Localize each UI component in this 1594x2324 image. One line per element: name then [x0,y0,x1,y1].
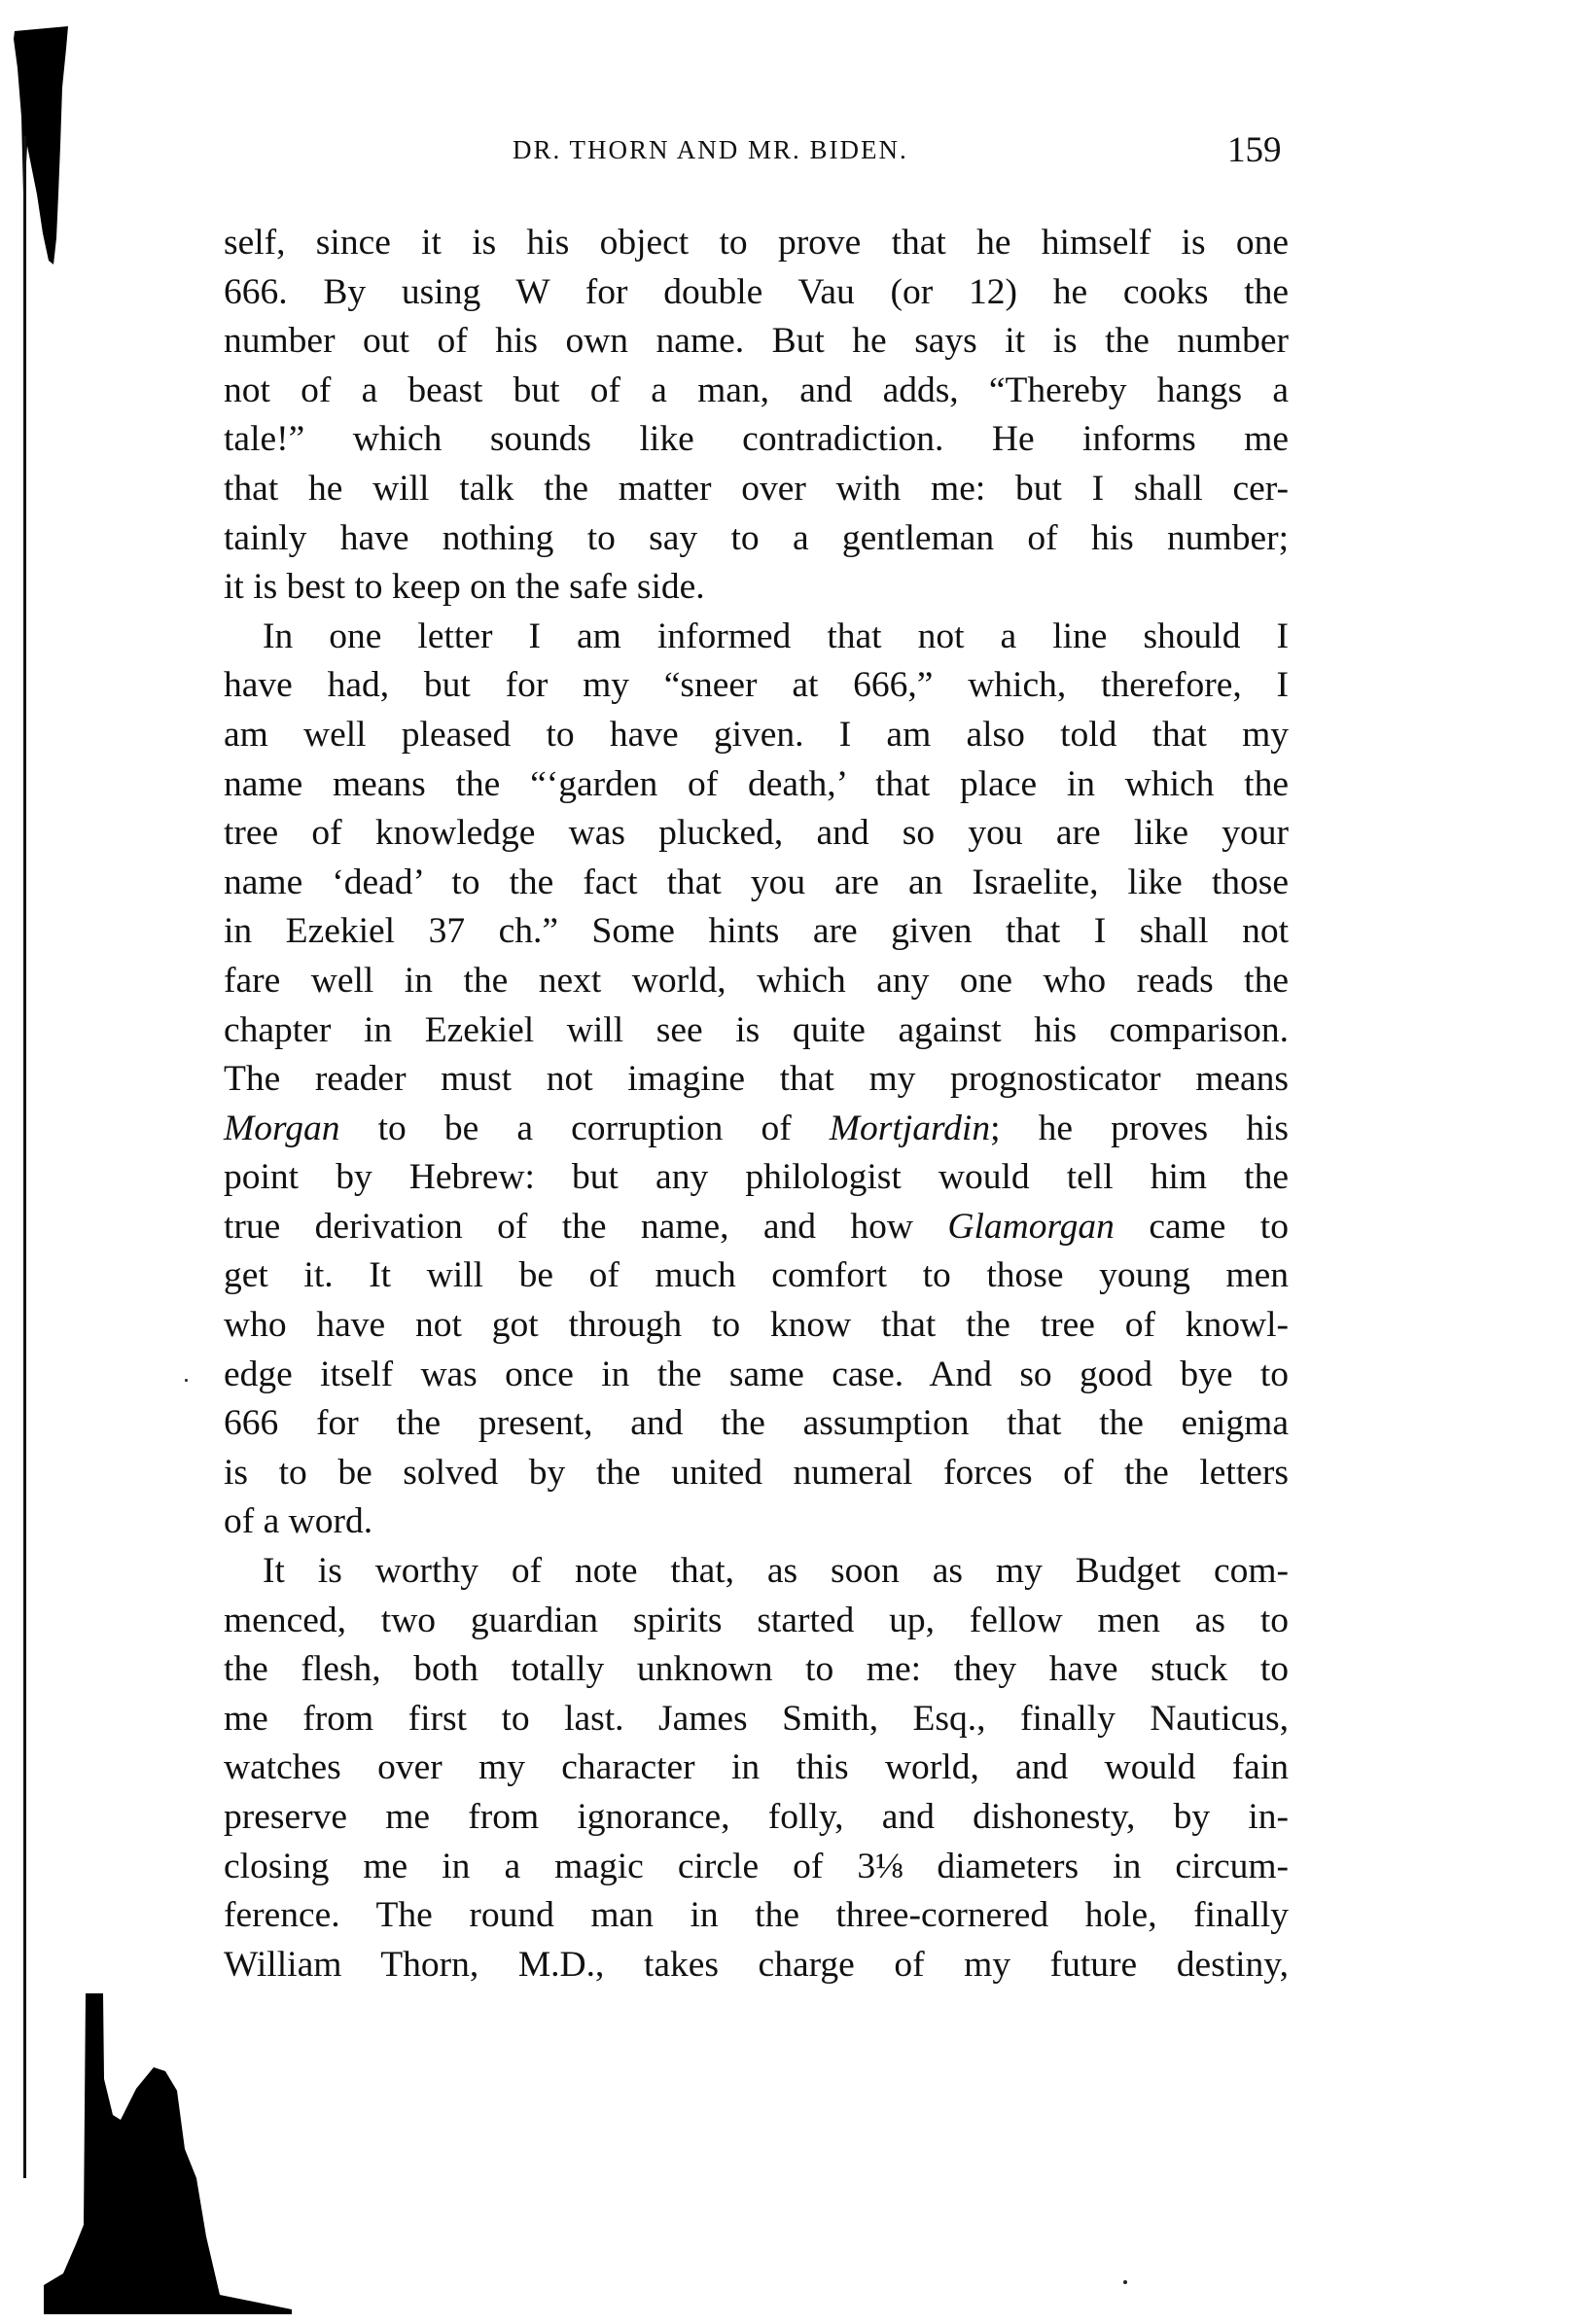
text-line: chapter in Ezekiel will see is quite aga… [224,1006,1289,1056]
text-line: 666 for the present, and the assumption … [224,1399,1289,1449]
text-line: William Thorn, M.D., takes charge of my … [224,1941,1289,1990]
paragraph-3: It is worthy of note that, as soon as my… [224,1547,1289,1989]
text-line-with-italics: Morgan to be a corruption of Mortjardin;… [224,1105,1289,1154]
italic-word: Mortjardin [830,1109,990,1148]
gutter-line [23,136,26,2178]
text-line: is to be solved by the united numeral fo… [224,1449,1289,1498]
text-line: me from first to last. James Smith, Esq.… [224,1695,1289,1744]
running-title: DR. THORN AND MR. BIDEN. [513,135,908,165]
scan-artifact-bottom [0,1984,311,2324]
text-line: ference. The round man in the three-corn… [224,1891,1289,1941]
text-line: It is worthy of note that, as soon as my… [224,1547,1289,1597]
text-line: tainly have nothing to say to a gentlema… [224,514,1289,564]
text-line: in Ezekiel 37 ch.” Some hints are given … [224,907,1289,957]
italic-word: Morgan [224,1109,339,1148]
text-line: watches over my character in this world,… [224,1743,1289,1793]
italic-word: Glamorgan [947,1207,1115,1247]
text-line: edge itself was once in the same case. A… [224,1351,1289,1400]
text-line: tale!” which sounds like contradiction. … [224,415,1289,465]
text-line: self, since it is his object to prove th… [224,219,1289,268]
text-line: the flesh, both totally unknown to me: t… [224,1645,1289,1695]
text-line: that he will talk the matter over with m… [224,465,1289,514]
text-line: In one letter I am informed that not a l… [224,613,1289,662]
text-line: not of a beast but of a man, and adds, “… [224,367,1289,416]
text-line: preserve me from ignorance, folly, and d… [224,1793,1289,1843]
stray-mark [185,1379,188,1382]
text-line: of a word. [224,1497,1289,1547]
text-line: number out of his own name. But he says … [224,317,1289,367]
text-line: closing me in a magic circle of 3⅛ diame… [224,1843,1289,1892]
running-head: DR. THORN AND MR. BIDEN. 159 [0,129,1594,168]
page-body: self, since it is his object to prove th… [224,219,1289,1989]
paragraph-1: self, since it is his object to prove th… [224,219,1289,613]
paragraph-2: In one letter I am informed that not a l… [224,613,1289,1547]
text-line: am well pleased to have given. I am also… [224,711,1289,760]
text-line: point by Hebrew: but any philologist wou… [224,1153,1289,1203]
text-line: get it. It will be of much comfort to th… [224,1251,1289,1301]
text-line-with-italics: true derivation of the name, and how Gla… [224,1203,1289,1252]
page-number: 159 [1227,129,1282,171]
text-line: name ‘dead’ to the fact that you are an … [224,859,1289,908]
text-line: 666. By using W for double Vau (or 12) h… [224,268,1289,318]
text-line: tree of knowledge was plucked, and so yo… [224,809,1289,859]
text-line: fare well in the next world, which any o… [224,957,1289,1006]
text-line: it is best to keep on the safe side. [224,563,1289,613]
text-line: have had, but for my “sneer at 666,” whi… [224,661,1289,711]
text-line: The reader must not imagine that my prog… [224,1055,1289,1105]
stray-mark [1123,2280,1127,2284]
text-line: menced, two guardian spirits started up,… [224,1597,1289,1646]
text-line: who have not got through to know that th… [224,1301,1289,1351]
text-line: name means the “‘garden of death,’ that … [224,760,1289,810]
